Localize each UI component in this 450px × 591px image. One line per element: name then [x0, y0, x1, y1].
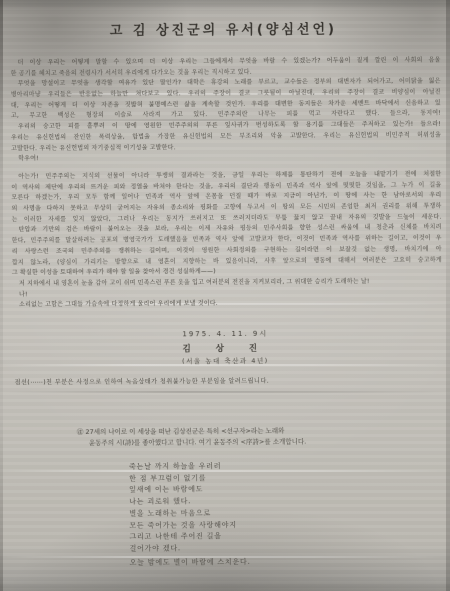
body-paragraph-1: 더 이상 우리는 어떻게 말할 수 있으며 더 이상 우리는 그들에게서 무엇을…	[11, 56, 442, 166]
poem-seosi: 죽는날 까지 하늘을 우러러 한 점 부끄럼이 없기를 잎새에 이는 바람에도 …	[129, 461, 237, 555]
transcriber-note: 점선(⋯⋯)친 부분은 사정으로 인하여 녹음상태가 청취불가능한 부분임을 알…	[14, 375, 442, 387]
author-signature: 김 상 진	[0, 341, 450, 356]
poem-line: 죽는날 까지 하늘을 우러러	[129, 461, 236, 473]
document-content: 고 김 상진군의 유서(양심선언) 더 이상 우리는 어떻게 말할 수 있으며 …	[0, 0, 450, 591]
editor-note: ㊟ 27세의 나이로 이 세상을 떠난 김상진군은 특히 <선구자>라는 노래와…	[77, 425, 407, 449]
document-photo: 고 김 상진군의 유서(양심선언) 더 이상 우리는 어떻게 말할 수 있으며 …	[0, 0, 450, 591]
document-title: 고 김 상진군의 유서(양심선언)	[0, 18, 448, 40]
poem-line: 그리고 나한테 주어진 길을	[129, 531, 236, 543]
poem-line: 잎새에 이는 바람에도	[129, 484, 236, 496]
body-paragraph-2: 아는가! 민주주의는 지식의 선물이 아니라 투쟁의 결과라는 것을, 금일 우…	[11, 170, 442, 312]
editor-note-line: 윤동주의 시(詩)를 좋아했다고 합니다. 여기 윤동주의 <序詩>를 소개합니…	[77, 436, 407, 449]
poem-line: 한 점 부끄럼이 없기를	[129, 473, 236, 485]
poem-line: 나는 괴로워 했다.	[129, 496, 236, 508]
body-line: 소리없는 고함은 그대들 가슴속에 다정하게 울리어 우리에게 보낼 것이다.	[12, 298, 442, 311]
poem-line: 모든 죽어가는 것을 사랑해야지	[129, 519, 236, 531]
poem-final-line: 오늘 밤에도 별이 바람에 스치운다.	[130, 557, 251, 568]
author-affiliation: (서울 농대 축산과 4년)	[0, 355, 450, 367]
poem-line: 걸어가야 겠다.	[130, 543, 237, 555]
poem-line: 별을 노래하는 마음으로	[129, 508, 236, 520]
date-line: 1975. 4. 11. 9시	[0, 328, 450, 341]
